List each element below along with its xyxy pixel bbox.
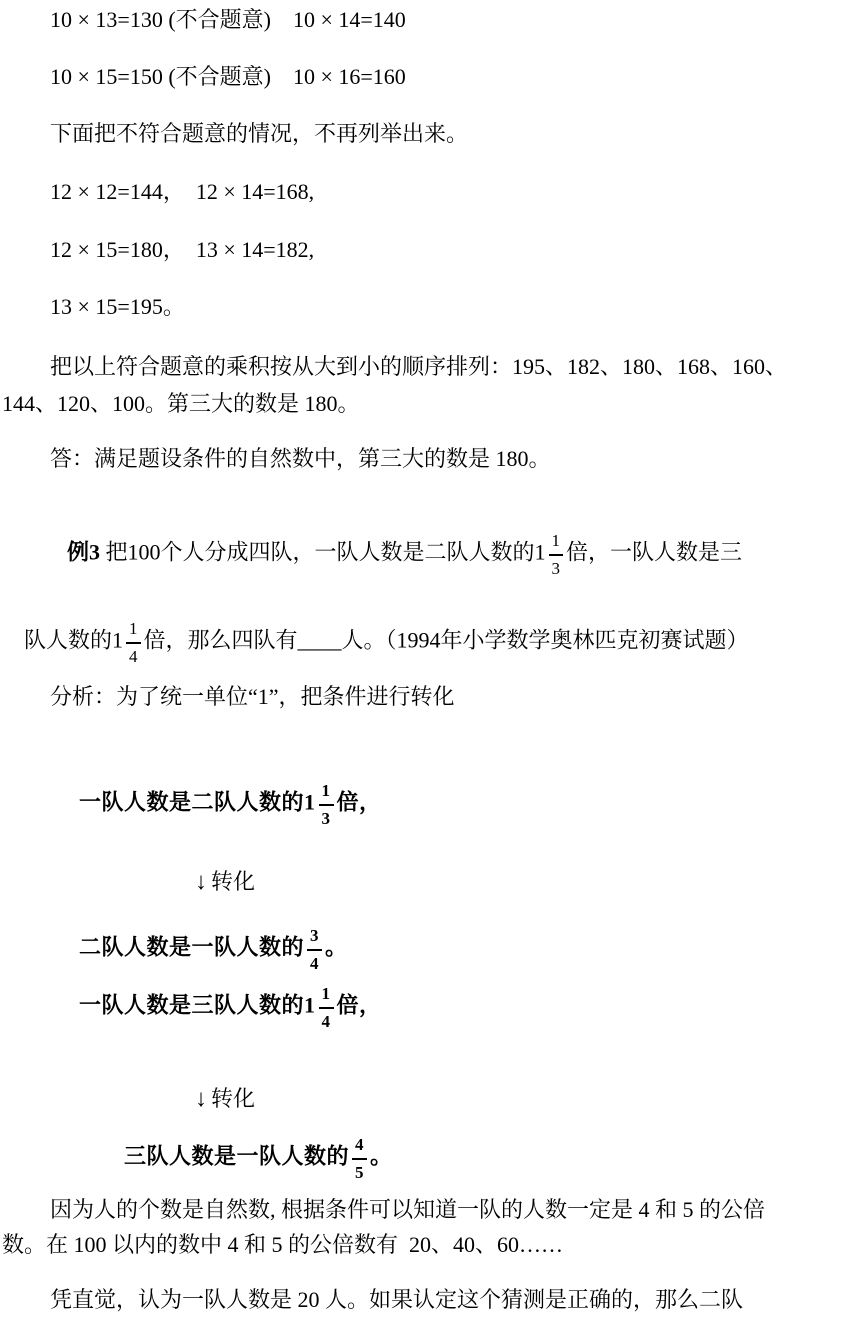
guess-line: 凭直觉，认为一队人数是 20 人。如果认定这个猜测是正确的，那么二队 <box>50 1286 743 1314</box>
fraction-one-third: 13 <box>549 528 564 581</box>
skip-note-line: 下面把不符合题意的情况，不再列举出来。 <box>50 120 468 148</box>
fraction-four-fifths: 45 <box>352 1132 367 1185</box>
condition1-suffix: 倍， <box>337 790 382 815</box>
answer-line: 答：满足题设条件的自然数中，第三大的数是 180。 <box>50 445 551 473</box>
condition4-suffix: 。 <box>370 1144 393 1169</box>
condition3-text: 一队人数是三队人数的1 <box>79 993 316 1018</box>
example3-line-2: 队人数的114倍，那么四队有____人。（1994年小学数学奥林匹克初赛试题） <box>2 588 749 697</box>
condition1-text: 一队人数是二队人数的1 <box>79 790 316 815</box>
analysis-line: 分析：为了统一单位“1”，把条件进行转化 <box>50 683 455 711</box>
example3-text-2: 倍，一队人数是三 <box>566 540 742 565</box>
condition3-suffix: 倍， <box>337 993 382 1018</box>
example3-label: 例3 <box>67 540 100 565</box>
document-page: 10 × 13=130 (不合题意) 10 × 14=140 10 × 15=1… <box>0 0 846 1326</box>
ranking-line-1: 把以上符合题意的乘积按从大到小的顺序排列：195、182、180、168、160… <box>50 353 787 381</box>
fraction-one-quarter: 14 <box>126 616 141 669</box>
fraction-one-third: 13 <box>319 778 334 831</box>
calc-line-2: 10 × 15=150 (不合题意) 10 × 16=160 <box>50 63 406 91</box>
condition4-text: 三队人数是一队人数的 <box>124 1144 349 1169</box>
ranking-line-2: 144、120、100。第三大的数是 180。 <box>2 390 360 418</box>
reason-line-1: 因为人的个数是自然数, 根据条件可以知道一队的人数一定是 4 和 5 的公倍 <box>50 1196 765 1224</box>
reason-line-2: 数。在 100 以内的数中 4 和 5 的公倍数有 20、40、60…… <box>2 1231 563 1259</box>
down-arrow-icon: ↓ <box>195 869 207 895</box>
calc-line-4: 12 × 15=180， 13 × 14=182, <box>50 236 314 264</box>
calc-line-3: 12 × 12=144， 12 × 14=168, <box>50 178 314 206</box>
fraction-one-quarter: 14 <box>319 981 334 1034</box>
calc-line-1: 10 × 13=130 (不合题意) 10 × 14=140 <box>50 6 406 34</box>
calc-line-5: 13 × 15=195。 <box>50 293 185 321</box>
example3-text-3: 队人数的1 <box>24 628 123 653</box>
condition-line-3: 一队人数是三队人数的114倍， <box>55 953 382 1062</box>
example3-text-4: 倍，那么四队有____人。（1994年小学数学奥林匹克初赛试题） <box>144 628 749 653</box>
transform1-label: 转化 <box>211 869 255 894</box>
example3-text-1: 把100个人分成四队，一队人数是二队人数的1 <box>100 540 546 565</box>
